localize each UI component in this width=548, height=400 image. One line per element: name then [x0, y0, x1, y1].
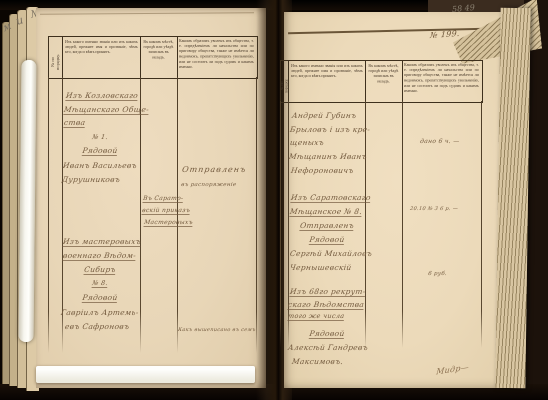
handwritten-line: Иванъ Васильевъ [62, 162, 137, 170]
column-divider [140, 77, 141, 353]
column-header: Какимъ образомъ уволенъ изъ общества, т.… [404, 62, 479, 100]
column-divider [48, 77, 49, 353]
handwritten-line: Мѣщанское № 8. [289, 208, 362, 216]
handwritten-line: Гавріилъ Артемь- [60, 309, 139, 317]
bottom-paper-strip [36, 366, 255, 383]
book-scan: м и № 58 49 № 199. № по порядку. Изъ как… [0, 0, 548, 400]
handwritten-line: евъ Сафроновъ [64, 323, 129, 331]
ink-annotation: Какъ вышеписано въ семъ [178, 328, 256, 333]
handwritten-line: Рядовой [291, 330, 362, 338]
handwritten-line: № 8. [64, 280, 137, 287]
column-divider [280, 101, 281, 348]
handwritten-line: Сергѣй Михайловъ [289, 250, 372, 258]
column-header: Изъ какого именно званія или изъ какихъ … [291, 63, 363, 100]
handwritten-line: Въ Сарато- [143, 196, 184, 202]
row-number-column-header: № по порядку. [50, 51, 60, 73]
handwritten-line: Мастеровыхъ [144, 220, 194, 226]
handwritten-line: военнаго Вѣдом- [62, 252, 136, 260]
ink-annotation: Отправленъ [181, 166, 246, 174]
page-stack-fan-right [495, 8, 530, 388]
column-divider [177, 77, 178, 353]
handwritten-line: Мѣщанскаго Обще- [63, 106, 149, 114]
column-divider [402, 101, 403, 348]
handwritten-line: Изъ Козловскаго [65, 92, 138, 100]
column-divider [481, 101, 482, 348]
handwritten-line: скаго Вѣдомства [287, 301, 364, 309]
handwritten-line: Чернышевскій [289, 264, 352, 272]
handwritten-line: Нефороновичъ [290, 167, 354, 175]
handwritten-line: Мѣщанинъ Иванъ [288, 153, 367, 161]
handwritten-line: щеныхъ [289, 139, 324, 147]
handwritten-line: Алексѣй Гандревъ [287, 344, 368, 352]
column-header-text: Какимъ образомъ уволенъ изъ общества, т.… [179, 38, 254, 70]
handwritten-line: Отправленъ [291, 222, 362, 230]
column-divider [140, 37, 141, 77]
handwritten-line: Брыловъ і изъ кре- [289, 126, 370, 134]
handwritten-line: Максимовъ. [291, 358, 343, 366]
column-header: Въ какомъ мѣстѣ, городѣ или уѣздѣ записа… [142, 39, 175, 76]
column-header: Въ какомъ мѣстѣ, городѣ или уѣздѣ записа… [367, 63, 400, 100]
handwritten-line: вскій приказъ [142, 208, 191, 214]
column-divider [177, 37, 178, 77]
ink-annotation: дано 6 ч. — [420, 139, 460, 145]
column-header: Какимъ образомъ уволенъ изъ общества, т.… [179, 38, 254, 76]
column-header-text: Въ какомъ мѣстѣ, городѣ или уѣздѣ записа… [142, 39, 175, 60]
handwritten-line: № 1. [64, 134, 137, 141]
handwritten-line: Изъ мастеровыхъ [62, 238, 141, 246]
handwritten-line: Изъ Саратовскаго [290, 194, 371, 202]
handwritten-line: Изъ 68го рекрут- [289, 288, 366, 296]
column-header: Изъ какого именно званія или изъ какихъ … [65, 39, 138, 76]
ink-annotation: 6 руб. [428, 272, 448, 278]
column-header-text: Въ какомъ мѣстѣ, городѣ или уѣздѣ записа… [367, 63, 400, 84]
ink-annotation: 20.10 № 3 6 р. — [410, 207, 459, 212]
column-divider [365, 61, 366, 101]
row-number-column-header: № по порядку. [280, 76, 289, 96]
handwritten-line: того же числа [288, 313, 345, 320]
handwritten-line: Рядовой [291, 236, 362, 244]
handwritten-line: Рядовой [63, 147, 136, 155]
column-divider [62, 37, 63, 77]
column-divider [365, 101, 366, 348]
ink-annotation: въ распоряженіе [181, 183, 237, 189]
handwritten-line: ства [63, 119, 85, 127]
handwritten-line: Рядовой [63, 294, 136, 302]
handwritten-line: Дурушниковъ [61, 176, 120, 184]
column-header-text: Какимъ образомъ уволенъ изъ общества, т.… [404, 62, 479, 94]
column-divider [402, 61, 403, 101]
column-divider [288, 101, 289, 348]
column-header-text: Изъ какого именно званія или изъ какихъ … [65, 39, 138, 55]
column-header-text: Изъ какого именно званія или изъ какихъ … [291, 63, 363, 79]
bookmark-strip [19, 60, 37, 342]
handwritten-line: Андрей Губинъ [291, 112, 356, 120]
column-divider [256, 77, 257, 353]
handwritten-line: Сибиръ [63, 266, 136, 274]
